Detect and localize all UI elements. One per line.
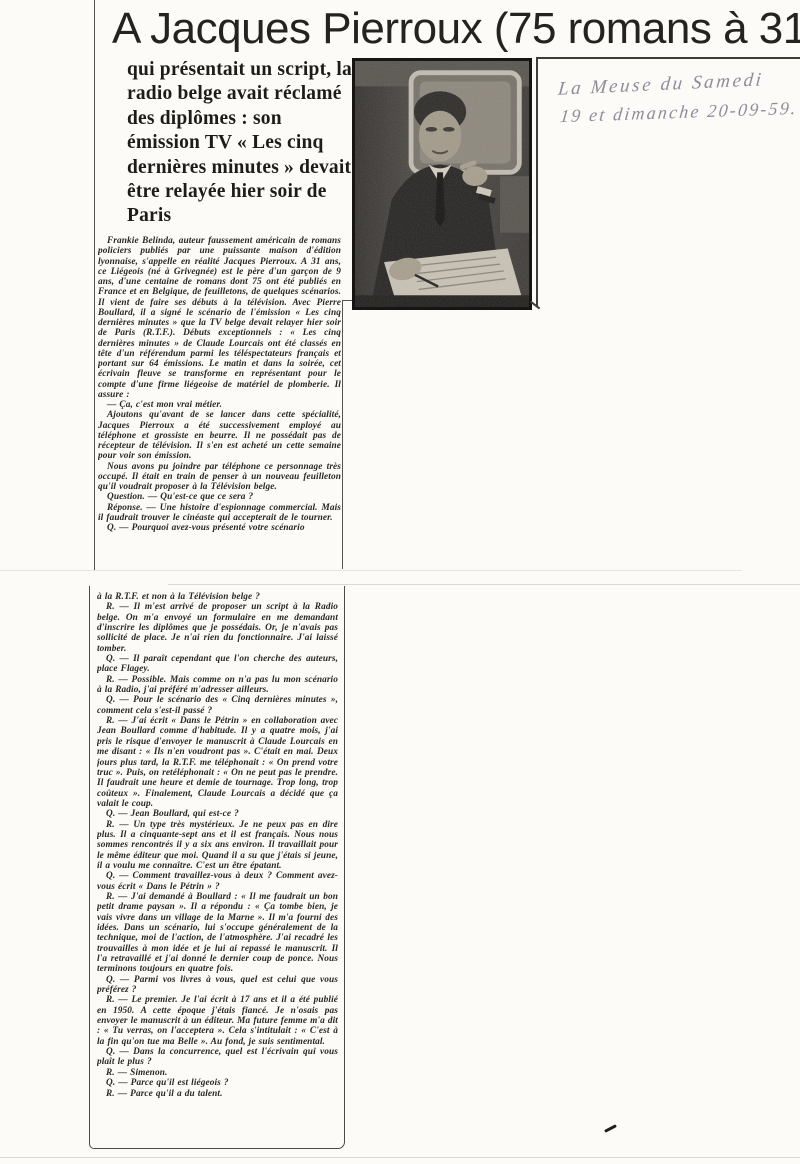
article-paragraph: Frankie Belinda, auteur faussement améri… (98, 236, 341, 400)
handwritten-note-line2: 19 et dimanche 20-09-59. (559, 98, 799, 127)
headline: A Jacques Pierroux (75 romans à 31 an (112, 0, 800, 58)
article-paragraph: Ajoutons qu'avant de se lancer dans cett… (98, 410, 341, 461)
newspaper-clipping-scan: A Jacques Pierroux (75 romans à 31 an qu… (0, 0, 800, 1164)
article-paragraph: R. — Parce qu'il a du talent. (97, 1089, 338, 1099)
article-lead-column: Frankie Belinda, auteur faussement améri… (98, 236, 341, 572)
interview-continuation-column: à la R.T.F. et non à la Télévision belge… (97, 592, 338, 1144)
article-paragraph: Q. — Comment travaillez-vous à deux ? Co… (97, 871, 338, 892)
article-paragraph: R. — Un type très mystérieux. Je ne peux… (97, 820, 338, 872)
article-paragraph: Q. — Dans la concurrence, quel est l'écr… (97, 1047, 338, 1068)
article-paragraph: R. — Il m'est arrivé de proposer un scri… (97, 602, 338, 654)
article-paragraph: Q. — Il paraît cependant que l'on cherch… (97, 654, 338, 675)
note-box-top-rule (536, 57, 800, 59)
ink-mark (604, 1124, 617, 1133)
paper-seam-1 (0, 570, 742, 571)
upper-left-column-rule (94, 0, 95, 570)
article-paragraph: Question. — Qu'est-ce que ce sera ? (98, 492, 341, 502)
handwritten-note-line1: La Meuse du Samedi (557, 69, 765, 100)
article-paragraph: R. — J'ai demandé à Boullard : « Il me f… (97, 892, 338, 975)
article-paragraph: Q. — Pourquoi avez-vous présenté votre s… (98, 523, 341, 533)
article-paragraph: Q. — Jean Boullard, qui est-ce ? (97, 809, 338, 819)
upper-right-column-rule (342, 300, 359, 569)
portrait-photo (352, 58, 532, 310)
article-paragraph: — Ça, c'est mon vrai métier. (98, 400, 341, 410)
article-paragraph: Q. — Parmi vos livres à vous, quel est c… (97, 975, 338, 996)
article-paragraph: Nous avons pu joindre par téléphone ce p… (98, 462, 341, 493)
article-paragraph: Réponse. — Une histoire d'espionnage com… (98, 503, 341, 524)
paper-seam-2 (168, 584, 800, 585)
portrait-photo-illustration (355, 61, 529, 307)
article-paragraph: R. — Simenon. (97, 1068, 338, 1078)
article-paragraph: R. — Possible. Mais comme on n'a pas lu … (97, 675, 338, 696)
article-paragraph: Q. — Pour le scénario des « Cinq dernièr… (97, 695, 338, 716)
article-paragraph: Q. — Parce qu'il est liégeois ? (97, 1078, 338, 1088)
article-paragraph: à la R.T.F. et non à la Télévision belge… (97, 592, 338, 602)
article-paragraph: R. — Le premier. Je l'ai écrit à 17 ans … (97, 995, 338, 1047)
subheadline: qui présentait un script, la radio belge… (127, 58, 357, 229)
note-box-left-rule (536, 57, 538, 307)
article-paragraph: R. — J'ai écrit « Dans le Pétrin » en co… (97, 716, 338, 809)
paper-seam-bottom (0, 1157, 800, 1158)
